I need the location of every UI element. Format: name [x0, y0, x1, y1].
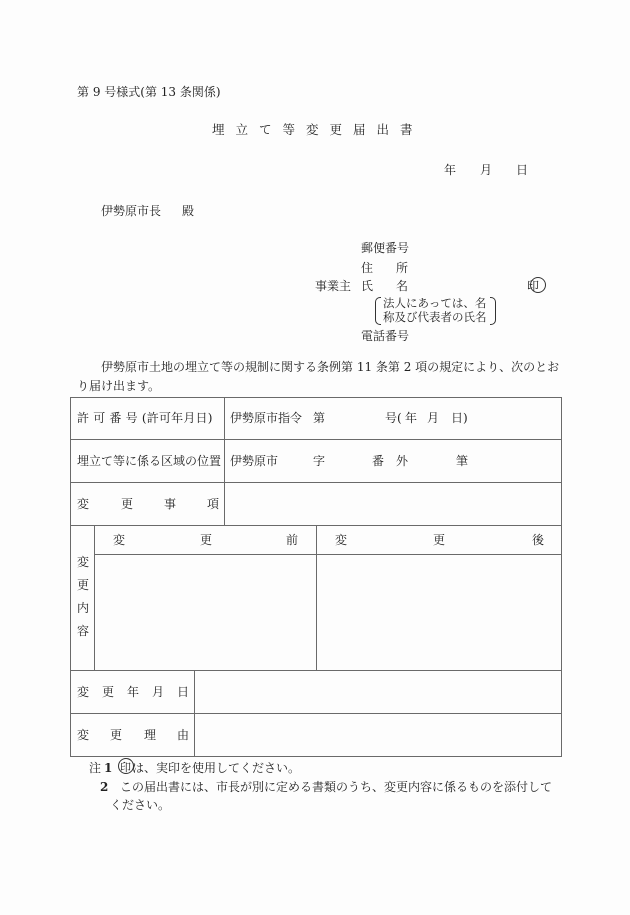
permit-year: 年 — [405, 412, 417, 424]
after-header-char: 更 — [433, 534, 445, 546]
change-items-field[interactable] — [225, 483, 561, 525]
intro-line-1: 伊勢原市土地の埋立て等の規制に関する条例第 11 条第 2 項の規定により、次の… — [101, 361, 559, 373]
location-ban: 番 — [372, 455, 384, 467]
change-items-label-char: 項 — [207, 498, 219, 510]
location-city: 伊勢原市 — [230, 455, 278, 467]
before-header-char: 更 — [200, 534, 212, 546]
change-content-label-char: 変 — [77, 556, 89, 568]
change-date-label-char: 更 — [102, 686, 114, 698]
permit-day: 日) — [451, 412, 468, 424]
applicant-role-label: 事業主 — [315, 280, 351, 292]
date-day: 日 — [516, 164, 528, 176]
table-border-right — [561, 397, 562, 757]
change-reason-label-char: 変 — [77, 729, 89, 741]
title-char: て — [259, 124, 283, 137]
title-char: 出 — [377, 124, 401, 137]
document-title: 埋立て等変更届出書 — [212, 124, 424, 137]
addressee-name: 伊勢原市長 — [101, 205, 161, 217]
title-char: 更 — [330, 124, 354, 137]
form-number: 第 9 号様式(第 13 条関係) — [77, 86, 221, 98]
name-label-2: 名 — [396, 280, 408, 292]
before-change-field[interactable] — [95, 555, 316, 670]
before-header-char: 変 — [113, 534, 125, 546]
date-month: 月 — [480, 164, 492, 176]
title-char: 変 — [306, 124, 330, 137]
bracket-right-icon — [490, 297, 496, 325]
note-2-text-line1: この届出書には、市長が別に定める書類のうち、変更内容に係るものを添付して — [120, 781, 552, 793]
change-content-label-char: 内 — [77, 602, 89, 614]
change-reason-label-char: 由 — [177, 729, 189, 741]
location-field[interactable]: 伊勢原市 字 番 外 筆 — [225, 440, 561, 482]
bracket-left-icon — [375, 297, 381, 325]
permit-number-label: 許 可 番 号 (許可年月日) — [77, 412, 213, 424]
date-year: 年 — [444, 164, 456, 176]
change-date-label-char: 月 — [152, 686, 164, 698]
location-label: 埋立て等に係る区域の位置 — [77, 455, 221, 467]
table-border-bottom — [70, 756, 562, 757]
table-border-left — [70, 397, 71, 757]
note-1-text: は、実印を使用してください。 — [132, 762, 300, 774]
change-date-label-char: 日 — [177, 686, 189, 698]
name-label-1: 氏 — [361, 280, 373, 292]
after-header-char: 後 — [532, 534, 544, 546]
title-char: 埋 — [212, 124, 236, 137]
postal-code-label: 郵便番号 — [361, 242, 409, 254]
permit-number-field[interactable]: 伊勢原市指令 第 号( 年 月 日) — [225, 398, 561, 439]
change-date-label-char: 年 — [127, 686, 139, 698]
change-content-label-char: 容 — [77, 625, 89, 637]
address-label-1: 住 — [361, 262, 373, 274]
change-reason-label-char: 更 — [110, 729, 122, 741]
title-char: 立 — [236, 124, 260, 137]
permit-go: 号( — [385, 412, 402, 424]
permit-prefix: 伊勢原市指令 — [230, 412, 302, 424]
location-gai: 外 — [396, 455, 408, 467]
change-items-label-char: 更 — [121, 498, 133, 510]
after-change-field[interactable] — [317, 555, 561, 670]
change-content-label-char: 更 — [77, 579, 89, 591]
phone-label: 電話番号 — [361, 330, 409, 342]
permit-dai: 第 — [313, 412, 325, 424]
change-reason-label-char: 理 — [144, 729, 156, 741]
change-reason-field[interactable] — [195, 714, 561, 756]
change-items-label-char: 事 — [164, 498, 176, 510]
note-1-number: 1 — [104, 762, 112, 774]
note-prefix: 注 — [89, 762, 101, 774]
address-label-2: 所 — [396, 262, 408, 274]
before-header-char: 前 — [286, 534, 298, 546]
change-date-label-char: 変 — [77, 686, 89, 698]
note-2-number: 2 — [100, 781, 108, 793]
after-header-char: 変 — [335, 534, 347, 546]
seal-circle-icon — [530, 277, 546, 293]
title-char: 書 — [400, 124, 424, 137]
intro-line-2: り届け出ます。 — [77, 380, 160, 392]
location-hitsu: 筆 — [456, 455, 468, 467]
location-aza: 字 — [313, 455, 325, 467]
corp-note-line2: 称及び代表者の氏名 — [383, 312, 487, 324]
corp-note-line1: 法人にあっては、名 — [383, 298, 486, 310]
permit-month: 月 — [427, 412, 439, 424]
title-char: 等 — [283, 124, 307, 137]
change-items-label-char: 変 — [77, 498, 89, 510]
note-2-text-line2: ください。 — [110, 799, 170, 811]
title-char: 届 — [353, 124, 377, 137]
change-date-field[interactable] — [195, 671, 561, 713]
addressee-honorific: 殿 — [182, 205, 194, 217]
